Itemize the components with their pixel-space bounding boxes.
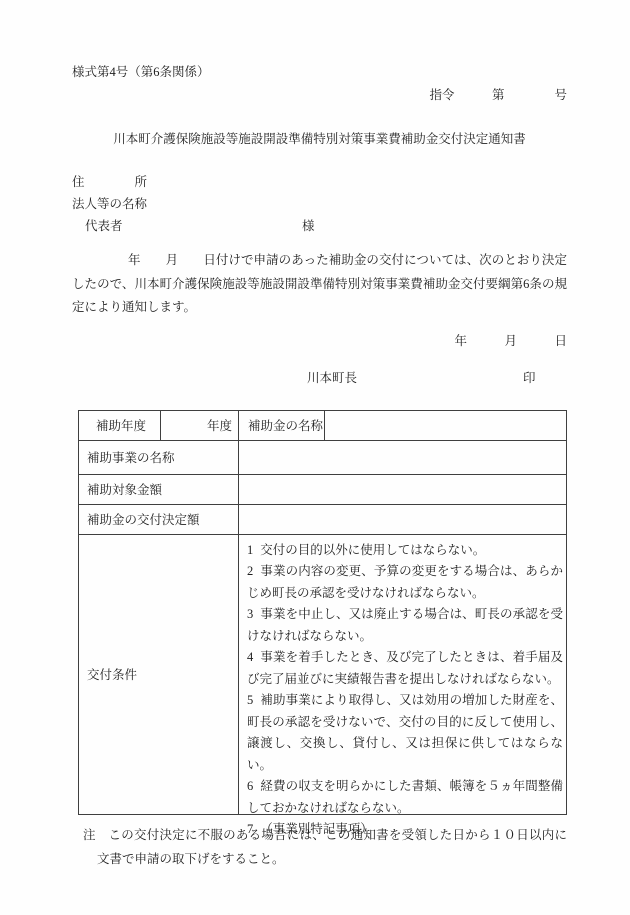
- condition-text: 経費の収支を明らかにした書類、帳簿を５ヵ年間整備しておかなければならない。: [247, 779, 563, 815]
- condition-text: 事業の内容の変更、予算の変更をする場合は、あらかじめ町長の承認を受けなければなら…: [247, 564, 563, 600]
- mayor-name: 川本町長: [307, 370, 357, 386]
- footnote: 注 この交付決定に不服のある場合には、この通知書を受領した日から１０日以内に文書…: [72, 823, 567, 871]
- cell-target-amount-value: [238, 475, 566, 504]
- document-page: 様式第4号（第6条関係） 指令 第 号 川本町介護保険施設等施設開設準備特別対策…: [0, 0, 630, 915]
- form-number: 様式第4号（第6条関係）: [72, 0, 567, 80]
- cell-fiscal-year-value: 年度: [160, 411, 238, 440]
- table-row: 補助金の交付決定額: [79, 504, 566, 534]
- condition-item: 4事業を着手したとき、及び完了したときは、着手届及び完了届並びに実績報告書を提出…: [239, 647, 563, 690]
- conditions-label: 交付条件: [79, 535, 238, 814]
- directive-number-line: 指令 第 号: [72, 87, 567, 103]
- subsidy-table: 補助年度 年度 補助金の名称 補助事業の名称 補助対象金額 補助金の交付決定額 …: [78, 410, 567, 815]
- condition-text: 事業を着手したとき、及び完了したときは、着手届及び完了届並びに実績報告書を提出し…: [247, 650, 563, 686]
- condition-text: 補助事業により取得し、又は効用の増加した財産を、町長の承認を受けないで、交付の目…: [247, 693, 563, 772]
- table-row-header: 補助年度 年度 補助金の名称: [79, 411, 566, 440]
- condition-item: 6経費の収支を明らかにした書類、帳簿を５ヵ年間整備しておかなければならない。: [239, 776, 563, 819]
- issuer-line: 川本町長 印: [72, 370, 567, 386]
- cell-target-amount-label: 補助対象金額: [79, 475, 238, 504]
- conditions-list: 1交付の目的以外に使用してはならない。 2事業の内容の変更、予算の変更をする場合…: [238, 535, 566, 814]
- representative-label: 代表者: [85, 219, 123, 233]
- body-paragraph: 年 月 日付けで申請のあった補助金の交付については、次のとおり決定したので、川本…: [72, 249, 567, 320]
- document-title: 川本町介護保険施設等施設開設準備特別対策事業費補助金交付決定通知書: [72, 131, 567, 147]
- condition-item: 3事業を中止し、又は廃止する場合は、町長の承認を受けなければならない。: [239, 604, 563, 647]
- cell-decision-amount-label: 補助金の交付決定額: [79, 505, 238, 534]
- condition-number: 3: [247, 607, 253, 621]
- condition-item: 1交付の目的以外に使用してはならない。: [239, 540, 563, 562]
- addressee-block: 住 所 法人等の名称 代表者 様: [72, 171, 567, 237]
- cell-decision-amount-value: [238, 505, 566, 534]
- condition-item: 5補助事業により取得し、又は効用の増加した財産を、町長の承認を受けないで、交付の…: [239, 690, 563, 776]
- representative-line: 代表者 様: [72, 215, 567, 237]
- issue-date-line: 年 月 日: [72, 333, 567, 349]
- condition-text: 事業を中止し、又は廃止する場合は、町長の承認を受けなければならない。: [247, 607, 563, 643]
- cell-subsidy-name-label: 補助金の名称: [238, 411, 324, 440]
- table-row-conditions: 交付条件 1交付の目的以外に使用してはならない。 2事業の内容の変更、予算の変更…: [79, 534, 566, 814]
- cell-project-name-value: [238, 441, 566, 474]
- condition-number: 2: [247, 564, 253, 578]
- honorific-label: 様: [302, 215, 315, 237]
- corporation-name-label: 法人等の名称: [72, 193, 567, 215]
- condition-text: 交付の目的以外に使用してはならない。: [260, 543, 485, 557]
- cell-project-name-label: 補助事業の名称: [79, 441, 238, 474]
- document-content: 様式第4号（第6条関係） 指令 第 号 川本町介護保険施設等施設開設準備特別対策…: [72, 0, 567, 871]
- condition-number: 6: [247, 779, 253, 793]
- seal-mark: 印: [523, 370, 536, 386]
- table-row: 補助対象金額: [79, 474, 566, 504]
- condition-item: 2事業の内容の変更、予算の変更をする場合は、あらかじめ町長の承認を受けなければな…: [239, 561, 563, 604]
- cell-subsidy-year-label: 補助年度: [79, 411, 160, 440]
- condition-number: 4: [247, 650, 253, 664]
- cell-subsidy-name-value: [324, 411, 566, 440]
- condition-number: 1: [247, 543, 253, 557]
- address-label: 住 所: [72, 171, 567, 193]
- condition-number: 5: [247, 693, 253, 707]
- table-row: 補助事業の名称: [79, 440, 566, 474]
